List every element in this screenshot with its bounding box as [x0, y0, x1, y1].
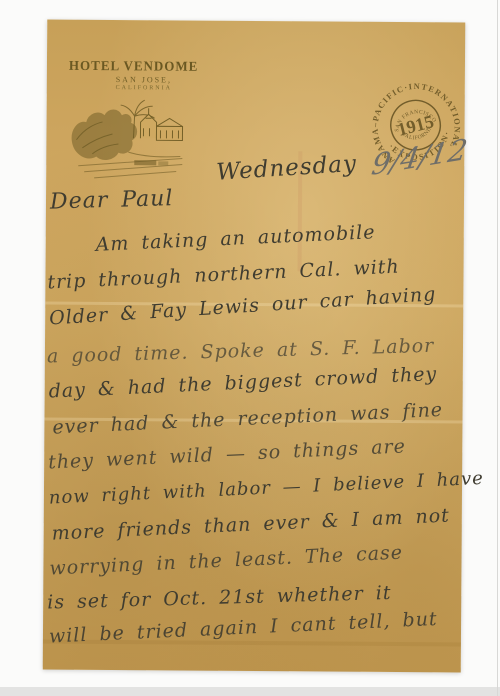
letterhead-city: SAN JOSE,: [69, 75, 219, 85]
letter-line: a good time. Spoke at S. F. Labor: [47, 335, 435, 368]
letterhead: HOTEL VENDOME SAN JOSE, CALIFORNIA: [69, 58, 259, 92]
date-line: Wednesday9/4/12: [215, 137, 467, 187]
photo-frame: HOTEL VENDOME SAN JOSE, CALIFORNIA: [0, 0, 500, 696]
letter-line: worrying in the least. The case: [49, 542, 404, 580]
hotel-engraving-illustration: [68, 90, 194, 186]
letter-line: is set for Oct. 21st whether it: [47, 582, 392, 614]
letter-line: ever had & the reception was fine: [52, 399, 444, 439]
salutation: Dear Paul: [50, 186, 174, 214]
letter-paper: HOTEL VENDOME SAN JOSE, CALIFORNIA: [43, 20, 466, 673]
letter-line: they went wild — so things are: [48, 435, 407, 473]
letter-line: Am taking an automobile: [95, 221, 376, 256]
letter-line: day & had the biggest crowd they: [48, 363, 437, 403]
letter-line: more friends than ever & I am not: [51, 505, 450, 545]
photo-right-edge: [497, 0, 498, 696]
letterhead-hotel-name: HOTEL VENDOME: [69, 57, 259, 75]
day-word: Wednesday: [216, 151, 358, 186]
letter-line: now right with labor — I believe I have: [48, 468, 484, 509]
photo-bottom-edge: [0, 687, 500, 696]
